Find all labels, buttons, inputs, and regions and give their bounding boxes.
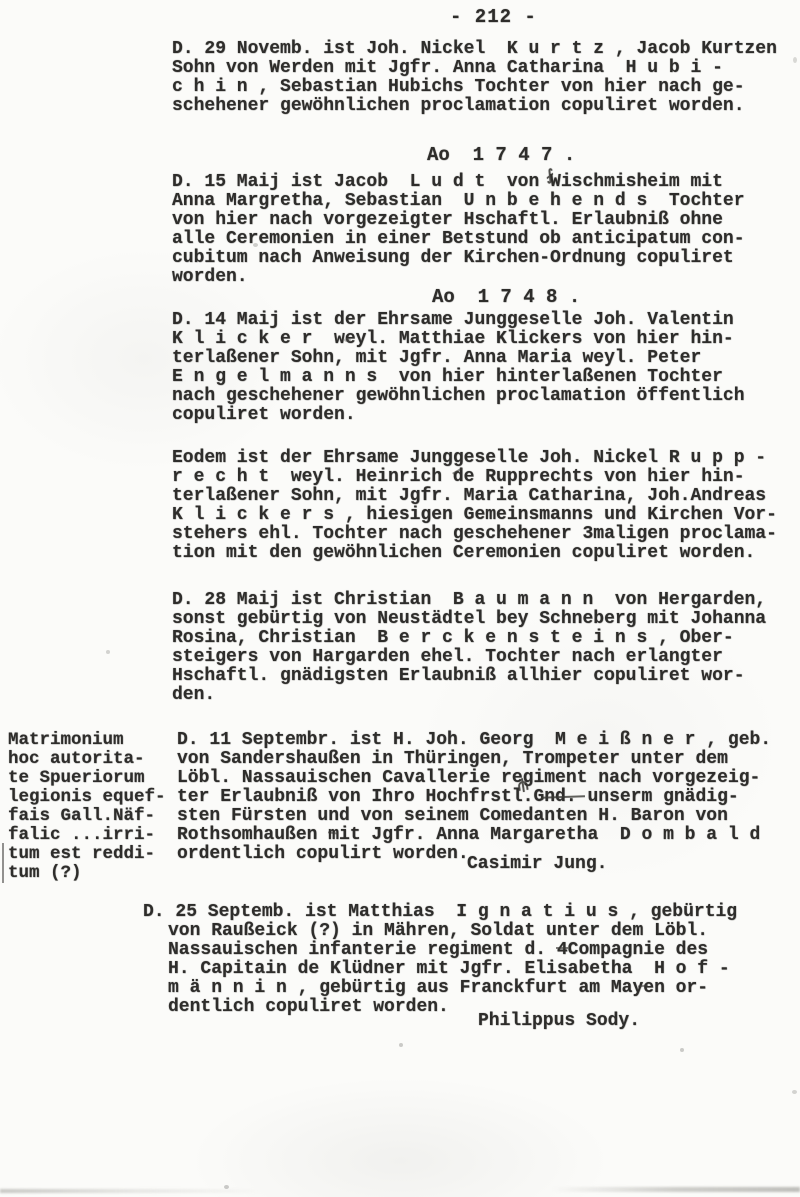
text-line: c h i n , Sebastian Hubichs Tochter von … xyxy=(172,78,777,97)
text-line: D. 15 Maij ist Jacob L u d t von Wischmi… xyxy=(172,173,745,192)
text-line: den. xyxy=(172,686,766,705)
text-line: Matrimonium xyxy=(8,731,166,750)
text-line: Sohn von Werden mit Jgfr. Anna Catharina… xyxy=(172,59,777,78)
text-line: Anna Margretha, Sebastian U n b e h e n … xyxy=(172,192,745,211)
year-heading-1747: Ao 1 7 4 7 . xyxy=(427,146,575,165)
marriage-entry-25-septemb: D. 25 Septemb. ist Matthias I g n a t i … xyxy=(143,903,737,1017)
scan-speck xyxy=(792,1090,797,1094)
text-line: D. 11 Septembr. ist H. Joh. Georg M e i … xyxy=(177,731,771,750)
text-line: falic ...irri- xyxy=(8,826,166,845)
text-line: D. 28 Maij ist Christian B a u m a n n v… xyxy=(172,591,766,610)
signature-casimir-jung: Casimir Jung. xyxy=(467,855,607,874)
margin-note-matrimonium: Matrimoniumhoc autorita-te Spueriorumleg… xyxy=(8,731,166,883)
signature-philippus-sody: Philippus Sody. xyxy=(478,1012,640,1031)
text-line: steigers von Hargarden ehel. Tochter nac… xyxy=(172,648,766,667)
marriage-entry-eodem: Eodem ist der Ehrsame Junggeselle Joh. N… xyxy=(172,449,777,563)
text-line: Löbl. Nassauischen Cavallerie regiment n… xyxy=(177,769,771,788)
text-line: von Sandershaußen in Thüringen, Trompete… xyxy=(177,750,771,769)
text-line: Eodem ist der Ehrsame Junggeselle Joh. N… xyxy=(172,449,777,468)
text-line: dentlich copuliret worden. xyxy=(168,998,737,1017)
text-line: worden. xyxy=(172,268,745,287)
marriage-entry-15-maij: D. 15 Maij ist Jacob L u d t von Wischmi… xyxy=(172,173,745,287)
text-line: m ä n n i n , gebürtig aus Franckfurt am… xyxy=(168,979,737,998)
text-line: Rosina, Christian B e r c k e n s t e i … xyxy=(172,629,766,648)
year-heading-1748: Ao 1 7 4 8 . xyxy=(432,288,580,307)
text-line: terlaßener Sohn, mit Jgfr. Maria Cathari… xyxy=(172,487,777,506)
text-line: D. 14 Maij ist der Ehrsame Junggeselle J… xyxy=(172,311,745,330)
marriage-entry-11-septembr: D. 11 Septembr. ist H. Joh. Georg M e i … xyxy=(177,731,771,864)
text-line: te Spueriorum xyxy=(8,769,166,788)
text-line: sonst gebürtig von Neustädtel bey Schneb… xyxy=(172,610,766,629)
scan-speck xyxy=(793,57,797,63)
text-line: H. Capitain de Klüdner mit Jgfr. Elisabe… xyxy=(168,960,737,979)
scan-speck xyxy=(399,1043,403,1047)
text-line: cubitum nach Anweisung der Kirchen-Ordnu… xyxy=(172,249,745,268)
scan-smudge xyxy=(0,1189,265,1193)
text-line: K l i c k e r s , hiesigen Gemeinsmanns … xyxy=(172,506,777,525)
text-line: nach geschehener gewöhnlichen proclamati… xyxy=(172,387,745,406)
scan-speck xyxy=(680,1048,684,1052)
text-line: K l i c k e r weyl. Matthiae Klickers vo… xyxy=(172,330,745,349)
text-line: Hschaftl. gnädigsten Erlaubniß allhier c… xyxy=(172,667,766,686)
page-number: - 212 - xyxy=(450,8,537,27)
margin-tick-mark xyxy=(2,843,4,883)
text-line: Nassauischen infanterie regiment d. 4Com… xyxy=(168,941,737,960)
text-line: copuliret worden. xyxy=(172,406,745,425)
text-line: D. 29 Novemb. ist Joh. Nickel K u r t z … xyxy=(172,40,777,59)
scan-speck xyxy=(224,1185,229,1189)
text-line: E n g e l m a n n s von hier hinterlaßen… xyxy=(172,368,745,387)
text-line: Rothsomhaußen mit Jgfr. Anna Margaretha … xyxy=(177,826,771,845)
text-line: legionis equef- xyxy=(8,788,166,807)
text-line: r e c h t weyl. Heinrich de Rupprechts v… xyxy=(172,468,777,487)
text-line: tum est reddi- xyxy=(8,845,166,864)
text-line: von Raußeick (?) in Mähren, Soldat unter… xyxy=(168,922,737,941)
text-line: fais Gall.Näf- xyxy=(8,807,166,826)
text-line: schehener gewöhnlichen proclamation copu… xyxy=(172,97,777,116)
text-line: alle Ceremonien in einer Betstund ob ant… xyxy=(172,230,745,249)
text-line: D. 25 Septemb. ist Matthias I g n a t i … xyxy=(143,903,737,922)
text-line: tum (?) xyxy=(8,864,166,883)
text-line: hoc autorita- xyxy=(8,750,166,769)
scan-speck xyxy=(106,650,110,654)
marriage-entry-28-maij: D. 28 Maij ist Christian B a u m a n n v… xyxy=(172,591,766,705)
text-line: ter Erlaubniß von Ihro Hochfrstl.Gnd. un… xyxy=(177,788,771,807)
text-line: sten Fürsten und von seinem Comedanten H… xyxy=(177,807,771,826)
text-line: tion mit den gewöhnlichen Ceremonien cop… xyxy=(172,544,777,563)
marriage-entry-29-novemb: D. 29 Novemb. ist Joh. Nickel K u r t z … xyxy=(172,40,777,116)
text-line: von hier nach vorgezeigter Hschaftl. Erl… xyxy=(172,211,745,230)
marriage-entry-14-maij: D. 14 Maij ist der Ehrsame Junggeselle J… xyxy=(172,311,745,425)
scan-smudge xyxy=(552,1187,800,1192)
text-line: stehers ehl. Tochter nach geschehener 3m… xyxy=(172,525,777,544)
document-page: - 212 - D. 29 Novemb. ist Joh. Nickel K … xyxy=(0,0,800,1197)
text-line: terlaßener Sohn, mit Jgfr. Anna Maria we… xyxy=(172,349,745,368)
